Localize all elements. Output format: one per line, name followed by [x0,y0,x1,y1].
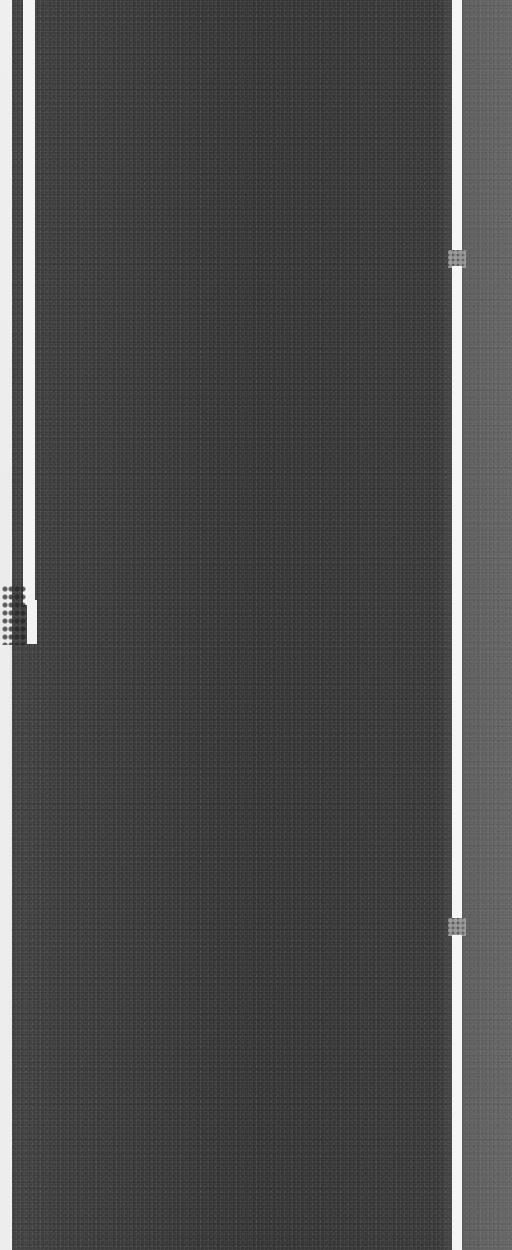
left-edge-line-tail [27,600,37,644]
lane-dash [452,266,462,918]
left-edge-line [23,0,35,605]
lane-dash [452,935,462,1250]
right-shoulder [462,0,512,1250]
asphalt-texture [0,0,512,1250]
road-debris [2,585,26,645]
road-scene [0,0,512,1250]
lane-gap [448,918,466,936]
lane-dash [452,0,462,250]
left-shoulder-lower [0,640,10,1250]
